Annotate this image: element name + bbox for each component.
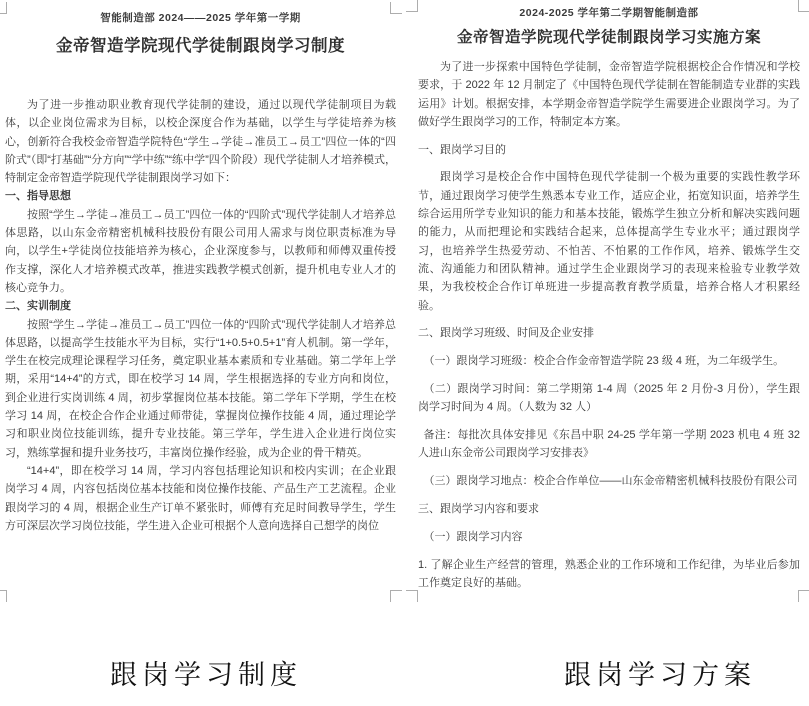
left-document-page: 智能制造部 2024——2025 学年第一学期 金帝智造学院现代学徒制跟岗学习制… bbox=[0, 0, 404, 645]
margin-mark-top-left bbox=[0, 2, 7, 14]
margin-mark-top-left bbox=[406, 0, 418, 12]
caption-right: 跟岗学习方案 bbox=[458, 653, 809, 692]
section-heading: 三、跟岗学习内容和要求 bbox=[418, 500, 800, 518]
right-document-page: 2024-2025 学年第二学期智能制造部 金帝智造学院现代学徒制跟岗学习实施方… bbox=[405, 0, 809, 645]
margin-mark-bottom-right bbox=[798, 590, 809, 602]
document-body: 为了进一步探索中国特色学徒制，金帝智造学院根据校企合作情况和学校要求，于 202… bbox=[418, 58, 800, 592]
section-heading: 二、跟岗学习班级、时间及企业安排 bbox=[418, 324, 800, 342]
document-header: 智能制造部 2024——2025 学年第一学期 bbox=[5, 10, 396, 25]
caption-left: 跟岗学习制度 bbox=[4, 653, 408, 692]
document-body: 为了进一步推动职业教育现代学徒制的建设，通过以现代学徒制项目为载体，以企业岗位需… bbox=[5, 96, 396, 535]
paragraph: 按照“学生→学徒→准员工→员工”四位一体的“四阶式”现代学徒制人才培养总体思路，… bbox=[5, 206, 396, 297]
paragraph: （三）跟岗学习地点：校企合作单位——山东金帝精密机械科技股份有限公司 bbox=[418, 472, 800, 490]
document-title: 金帝智造学院现代学徒制跟岗学习制度 bbox=[5, 32, 396, 56]
screenshot-canvas: 智能制造部 2024——2025 学年第一学期 金帝智造学院现代学徒制跟岗学习制… bbox=[0, 0, 809, 706]
paragraph: 跟岗学习是校企合作中国特色现代学徒制一个极为重要的实践性教学环节，通过跟岗学习使… bbox=[418, 168, 800, 314]
paragraph: 按照“学生→学徒→准员工→员工”四位一体的“四阶式”现代学徒制人才培养总体思路，… bbox=[5, 316, 396, 462]
document-title: 金帝智造学院现代学徒制跟岗学习实施方案 bbox=[418, 25, 800, 47]
margin-mark-bottom-left bbox=[406, 590, 418, 602]
paragraph: 备注：每批次具体安排见《东昌中职 24-25 学年第一学期 2023 机电 4 … bbox=[418, 426, 800, 463]
section-heading: 一、跟岗学习目的 bbox=[418, 141, 800, 159]
margin-mark-top-right bbox=[390, 2, 402, 14]
paragraph: 为了进一步探索中国特色学徒制，金帝智造学院根据校企合作情况和学校要求，于 202… bbox=[418, 58, 800, 131]
paragraph: （一）跟岗学习内容 bbox=[418, 528, 800, 546]
document-header: 2024-2025 学年第二学期智能制造部 bbox=[418, 5, 800, 20]
paragraph: 1. 了解企业生产经营的管理，熟悉企业的工作环境和工作纪律，为毕业后参加工作奠定… bbox=[418, 556, 800, 593]
paragraph: （二）跟岗学习时间：第二学期第 1-4 周（2025 年 2 月份-3 月份），… bbox=[418, 380, 800, 417]
paragraph: （一）跟岗学习班级：校企合作金帝智造学院 23 级 4 班，为二年级学生。 bbox=[418, 352, 800, 370]
paragraph: “14+4”，即在校学习 14 周，学习内容包括理论知识和校内实训；在企业跟岗学… bbox=[5, 462, 396, 535]
section-heading: 一、指导思想 bbox=[5, 187, 396, 205]
paragraph: 为了进一步推动职业教育现代学徒制的建设，通过以现代学徒制项目为载体，以企业岗位需… bbox=[5, 96, 396, 187]
margin-mark-bottom-right bbox=[390, 590, 402, 602]
margin-mark-top-right bbox=[798, 0, 809, 12]
margin-mark-bottom-left bbox=[0, 590, 7, 602]
section-heading: 二、实训制度 bbox=[5, 297, 396, 315]
